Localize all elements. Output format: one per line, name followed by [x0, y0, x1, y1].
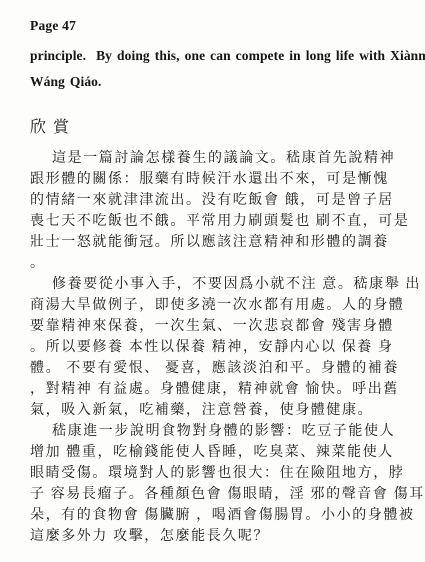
- page-number-label: Page 47: [30, 18, 397, 34]
- body-line: 。: [30, 253, 397, 274]
- body-line: 跟形體的關係：服藥有時候汗水還出不來，可是慚愧: [30, 169, 397, 190]
- body-line: 這麼多外力 攻擊，怎麼能長久呢？: [30, 526, 397, 547]
- section-heading-appreciation: 欣賞: [30, 117, 397, 139]
- body-line: 。所以要修養 本性以保養 精神，安靜内心以 保養 身: [30, 337, 397, 358]
- body-line: 增加 體重，吃榆錢能使人昏睡，吃臭菜、辣菜能使人: [30, 442, 397, 463]
- english-intro-paragraph: principle. By doing this, one can compet…: [30, 43, 397, 95]
- english-intro-line: Wáng Qiáo.: [30, 69, 397, 95]
- body-line: 這是一篇討論怎樣養生的議論文。嵇康首先說精神: [30, 148, 397, 169]
- body-line: 體。 不要有愛恨、 憂喜，應該淡泊和平。身體的補養: [30, 358, 397, 379]
- body-line: 氣，吸入新氣，吃補藥，注意營養，使身體健康。: [30, 400, 397, 421]
- body-line: 要靠精神來保養，一次生氣、一次悲哀都會 殘害身體: [30, 316, 397, 337]
- body-line: 的情緒一來就津津流出。没有吃飯會 餓，可是曾子居: [30, 190, 397, 211]
- body-line: 喪七天不吃飯也不餓。平常用力刷頭髮也 刷不直，可是: [30, 211, 397, 232]
- scanned-book-page: Page 47 principle. By doing this, one ca…: [0, 0, 425, 562]
- body-line: ，對精神 有益處。身體健康，精神就會 愉快。呼出舊: [30, 379, 397, 400]
- body-line: 嵇康進一步說明食物對身體的影響：吃豆子能使人: [30, 421, 397, 442]
- body-line: 子 容易長瘤子。各種顏色會 傷眼睛，淫 邪的聲音會 傷耳: [30, 484, 397, 505]
- body-line: 壯士一怒就能衝冠。所以應該注意精神和形體的調養: [30, 232, 397, 253]
- body-line: 朵，有的食物會 傷臟腑 ，喝酒會傷腸胃。小小的身體被: [30, 505, 397, 526]
- body-line: 修養要從小事入手，不要因爲小就不注 意。嵇康舉 出: [30, 274, 397, 295]
- body-line: 商湯大旱做例子，即使多澆一次水都有用處。人的身體: [30, 295, 397, 316]
- body-line: 眼睛受傷。環境對人的影響也很大：住在險阻地方，脖: [30, 463, 397, 484]
- chinese-body-text: 這是一篇討論怎樣養生的議論文。嵇康首先說精神 跟形體的關係：服藥有時候汗水還出不…: [30, 148, 397, 547]
- english-intro-line: principle. By doing this, one can compet…: [30, 43, 397, 69]
